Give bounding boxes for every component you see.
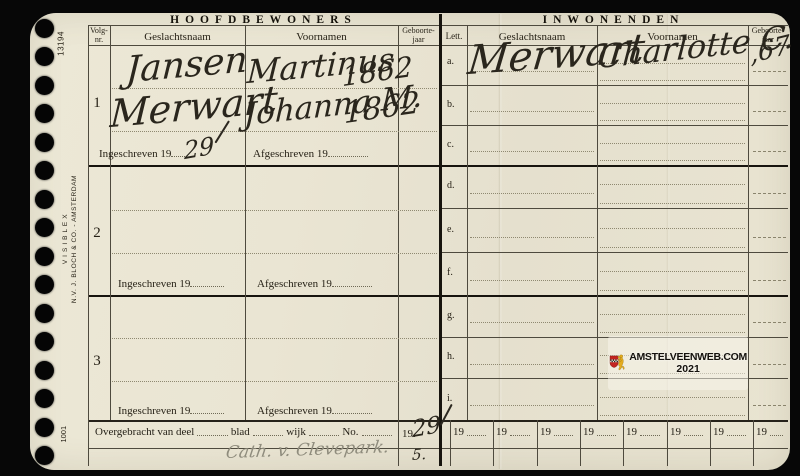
printer-imprint: V I S I B L E X N.V. J. BLOCH & CO. - AM… (61, 154, 79, 324)
form-code-number: 1001 (60, 414, 68, 454)
punch-hole (35, 389, 54, 408)
lett-label-e: e. (447, 224, 454, 235)
punch-hole (35, 133, 54, 152)
lett-label-f: f. (447, 267, 453, 278)
ingeschreven-label-2: Ingeschreven 19 (118, 277, 224, 290)
volgnr-3: 3 (89, 353, 105, 370)
lett-label-a: a. (447, 56, 454, 67)
lett-label-g: g. (447, 310, 455, 321)
wijk-label: wijk (286, 426, 306, 438)
watermark-site: AMSTELVEENWEB.COM (629, 351, 747, 363)
punch-hole (35, 275, 54, 294)
footer-year-value: 29 (412, 412, 442, 443)
overgebracht-label: Overgebracht van deel (95, 426, 194, 438)
volgnr-1: 1 (89, 95, 105, 112)
afgeschreven-label-3: Afgeschreven 19 (257, 404, 372, 417)
house-number: 5. (412, 445, 427, 464)
lett-label-d: d. (447, 180, 455, 191)
overgebracht-row: Overgebracht van deel blad wijk No. (95, 426, 395, 438)
punch-hole (35, 247, 54, 266)
punch-hole (35, 446, 54, 465)
printer-address: N.V. J. BLOCH & CO. - AMSTERDAM (70, 154, 79, 324)
punch-hole (35, 76, 54, 95)
punch-hole (35, 304, 54, 323)
volgnr-2: 2 (89, 225, 105, 242)
lett-label-i: i. (447, 393, 452, 404)
no-label: No. (342, 426, 358, 438)
lett-label-h: h. (447, 351, 455, 362)
afgeschreven-label-1: Afgeschreven 19 (253, 147, 368, 160)
punch-hole (35, 332, 54, 351)
lett-label-c: c. (447, 139, 454, 150)
ingeschreven-label-3: Ingeschreven 19 (118, 404, 224, 417)
paper-crease (498, 14, 502, 469)
column-header-volgnr: Volg- nr. (88, 27, 110, 45)
amstelveen-crest-icon (609, 343, 626, 383)
punch-hole (35, 47, 54, 66)
punch-hole (35, 104, 54, 123)
scanned-register-card-page: { "titles": { "left": "HOOFDBEWONERS", "… (0, 0, 800, 476)
lett-label-b: b. (447, 99, 455, 110)
printer-name: V I S I B L E X (61, 154, 70, 324)
punch-hole (35, 19, 54, 38)
ingeschreven-label-1: Ingeschreven 19 (99, 147, 187, 160)
form-serial-number: 13194 (58, 21, 67, 65)
watermark: AMSTELVEENWEB.COM 2021 (608, 336, 748, 390)
punch-hole (35, 218, 54, 237)
punch-hole (35, 190, 54, 209)
punch-hole (35, 418, 54, 437)
punch-hole (35, 361, 54, 380)
blad-label: blad (231, 426, 250, 438)
column-header-geboortejaar-left: Geboorte- jaar (398, 27, 439, 45)
afgeschreven-label-2: Afgeschreven 19 (257, 277, 372, 290)
ingeschreven-year-1: 29 (184, 132, 215, 166)
column-header-lett: Lett. (441, 31, 467, 41)
watermark-year: 2021 (629, 363, 747, 375)
punch-hole (35, 161, 54, 180)
paper-crease (666, 14, 670, 469)
